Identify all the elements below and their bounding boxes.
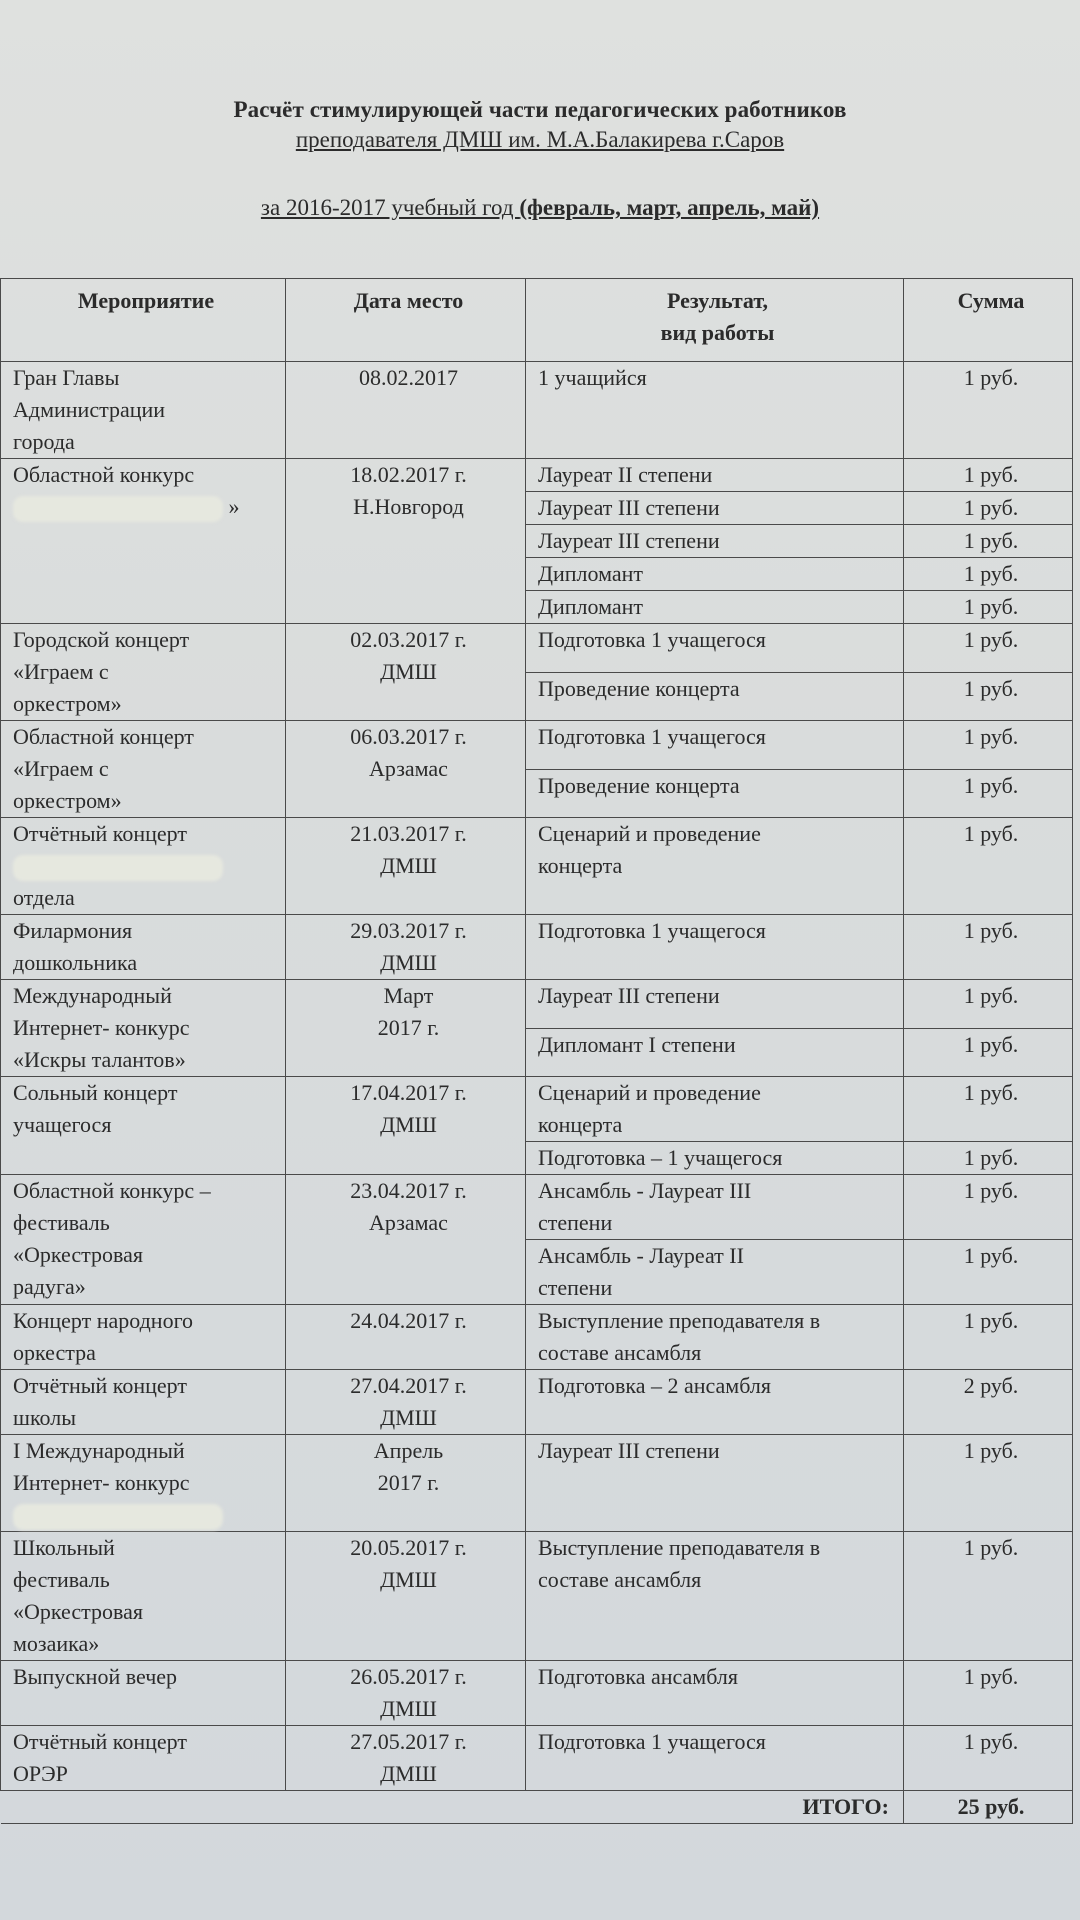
header-event: Мероприятие (1, 279, 286, 362)
date-place-cell: 06.03.2017 г. Арзамас (286, 721, 526, 818)
event-cell: Отчётный концерт ОРЭР (1, 1726, 286, 1791)
date-place-cell: 17.04.2017 г. ДМШ (286, 1077, 526, 1175)
result-cell: Проведение концерта (526, 672, 904, 721)
sum-cell: 1 руб. (904, 818, 1073, 915)
result-cell: Выступление преподавателя в составе анса… (526, 1305, 904, 1370)
result-cell: Дипломант I степени (526, 1028, 904, 1077)
table-row: Отчётный концерт отдела21.03.2017 г. ДМШ… (1, 818, 1073, 915)
event-cell: Школьный фестиваль «Оркестровая мозаика» (1, 1532, 286, 1661)
document-header: Расчёт стимулирующей части педагогически… (0, 96, 1080, 222)
date-place-cell: 08.02.2017 (286, 362, 526, 459)
table-row: Областной конкурс »18.02.2017 г. Н.Новго… (1, 459, 1073, 492)
sum-cell: 1 руб. (904, 624, 1073, 673)
sum-cell: 1 руб. (904, 558, 1073, 591)
table-row: Отчётный концерт ОРЭР27.05.2017 г. ДМШПо… (1, 1726, 1073, 1791)
event-cell: Гран Главы Администрации города (1, 362, 286, 459)
sum-cell: 1 руб. (904, 769, 1073, 818)
result-cell: Сценарий и проведение концерта (526, 818, 904, 915)
table-row: I Международный Интернет- конкурс Апрель… (1, 1435, 1073, 1532)
document-subtitle: преподавателя ДМШ им. М.А.Балакирева г.С… (0, 126, 1080, 154)
date-place-cell: 18.02.2017 г. Н.Новгород (286, 459, 526, 624)
event-cell: Международный Интернет- конкурс «Искры т… (1, 980, 286, 1077)
total-label: ИТОГО: (1, 1791, 904, 1824)
event-cell: Областной конкурс » (1, 459, 286, 624)
date-place-cell: 02.03.2017 г. ДМШ (286, 624, 526, 721)
result-cell: Подготовка – 2 ансамбля (526, 1370, 904, 1435)
sum-cell: 1 руб. (904, 459, 1073, 492)
period-months: (февраль, март, апрель, май) (519, 195, 819, 220)
sum-cell: 1 руб. (904, 362, 1073, 459)
sum-cell: 1 руб. (904, 492, 1073, 525)
table-row: Областной конкурс – фестиваль «Оркестров… (1, 1175, 1073, 1240)
result-cell: Выступление преподавателя в составе анса… (526, 1532, 904, 1661)
event-cell: Концерт народного оркестра (1, 1305, 286, 1370)
event-cell: Городской концерт «Играем с оркестром» (1, 624, 286, 721)
result-cell: Лауреат III степени (526, 1435, 904, 1532)
result-cell: Подготовка – 1 учащегося (526, 1142, 904, 1175)
sum-cell: 1 руб. (904, 1028, 1073, 1077)
sum-cell: 1 руб. (904, 1726, 1073, 1791)
date-place-cell: 24.04.2017 г. (286, 1305, 526, 1370)
result-cell: Дипломант (526, 591, 904, 624)
table-row: Международный Интернет- конкурс «Искры т… (1, 980, 1073, 1029)
header-result: Результат, вид работы (526, 279, 904, 362)
table-row: Школьный фестиваль «Оркестровая мозаика»… (1, 1532, 1073, 1661)
result-cell: Лауреат III степени (526, 980, 904, 1029)
header-sum: Сумма (904, 279, 1073, 362)
date-place-cell: Март 2017 г. (286, 980, 526, 1077)
sum-cell: 1 руб. (904, 1661, 1073, 1726)
total-sum: 25 руб. (904, 1791, 1073, 1824)
sum-cell: 1 руб. (904, 1077, 1073, 1142)
table-row: Выпускной вечер26.05.2017 г. ДМШПодготов… (1, 1661, 1073, 1726)
date-place-cell: 23.04.2017 г. Арзамас (286, 1175, 526, 1305)
table-row: Отчётный концерт школы27.04.2017 г. ДМШП… (1, 1370, 1073, 1435)
calculation-table: Мероприятие Дата место Результат, вид ра… (0, 278, 1073, 1824)
document-period: за 2016-2017 учебный год (февраль, март,… (0, 194, 1080, 222)
table-body: Гран Главы Администрации города08.02.201… (1, 362, 1073, 1791)
event-cell: Филармония дошкольника (1, 915, 286, 980)
date-place-cell: 29.03.2017 г. ДМШ (286, 915, 526, 980)
result-cell: Подготовка 1 учащегося (526, 721, 904, 770)
redacted-text (13, 496, 223, 522)
date-place-cell: 20.05.2017 г. ДМШ (286, 1532, 526, 1661)
result-cell: Ансамбль - Лауреат III степени (526, 1175, 904, 1240)
result-cell: Сценарий и проведение концерта (526, 1077, 904, 1142)
result-cell: Дипломант (526, 558, 904, 591)
event-cell: Сольный концерт учащегося (1, 1077, 286, 1175)
sum-cell: 1 руб. (904, 1142, 1073, 1175)
result-cell: Подготовка 1 учащегося (526, 1726, 904, 1791)
result-cell: Подготовка 1 учащегося (526, 915, 904, 980)
event-cell: Отчётный концерт школы (1, 1370, 286, 1435)
table-row: Гран Главы Администрации города08.02.201… (1, 362, 1073, 459)
sum-cell: 2 руб. (904, 1370, 1073, 1435)
redacted-text (13, 1504, 223, 1530)
result-cell: Лауреат III степени (526, 525, 904, 558)
sum-cell: 1 руб. (904, 672, 1073, 721)
result-cell: Проведение концерта (526, 769, 904, 818)
table-row: Филармония дошкольника29.03.2017 г. ДМШП… (1, 915, 1073, 980)
sum-cell: 1 руб. (904, 1435, 1073, 1532)
date-place-cell: 21.03.2017 г. ДМШ (286, 818, 526, 915)
sum-cell: 1 руб. (904, 980, 1073, 1029)
sum-cell: 1 руб. (904, 1305, 1073, 1370)
period-year: за 2016-2017 учебный год (261, 195, 519, 220)
redacted-text (13, 855, 223, 881)
total-row: ИТОГО: 25 руб. (1, 1791, 1073, 1824)
sum-cell: 1 руб. (904, 1175, 1073, 1240)
date-place-cell: 26.05.2017 г. ДМШ (286, 1661, 526, 1726)
table-row: Сольный концерт учащегося17.04.2017 г. Д… (1, 1077, 1073, 1142)
result-cell: Ансамбль - Лауреат II степени (526, 1240, 904, 1305)
header-date-place: Дата место (286, 279, 526, 362)
event-cell: Областной концерт «Играем с оркестром» (1, 721, 286, 818)
result-cell: Подготовка ансамбля (526, 1661, 904, 1726)
document-title: Расчёт стимулирующей части педагогически… (0, 96, 1080, 124)
event-cell: I Международный Интернет- конкурс (1, 1435, 286, 1532)
table-row: Областной концерт «Играем с оркестром»06… (1, 721, 1073, 770)
event-cell: Областной конкурс – фестиваль «Оркестров… (1, 1175, 286, 1305)
result-cell: 1 учащийся (526, 362, 904, 459)
date-place-cell: 27.04.2017 г. ДМШ (286, 1370, 526, 1435)
sum-cell: 1 руб. (904, 591, 1073, 624)
sum-cell: 1 руб. (904, 721, 1073, 770)
event-cell: Отчётный концерт отдела (1, 818, 286, 915)
event-cell: Выпускной вечер (1, 1661, 286, 1726)
table-row: Концерт народного оркестра24.04.2017 г.В… (1, 1305, 1073, 1370)
table-header-row: Мероприятие Дата место Результат, вид ра… (1, 279, 1073, 362)
date-place-cell: 27.05.2017 г. ДМШ (286, 1726, 526, 1791)
table-row: Городской концерт «Играем с оркестром»02… (1, 624, 1073, 673)
sum-cell: 1 руб. (904, 1532, 1073, 1661)
result-cell: Лауреат II степени (526, 459, 904, 492)
result-cell: Лауреат III степени (526, 492, 904, 525)
sum-cell: 1 руб. (904, 915, 1073, 980)
sum-cell: 1 руб. (904, 525, 1073, 558)
sum-cell: 1 руб. (904, 1240, 1073, 1305)
result-cell: Подготовка 1 учащегося (526, 624, 904, 673)
date-place-cell: Апрель 2017 г. (286, 1435, 526, 1532)
